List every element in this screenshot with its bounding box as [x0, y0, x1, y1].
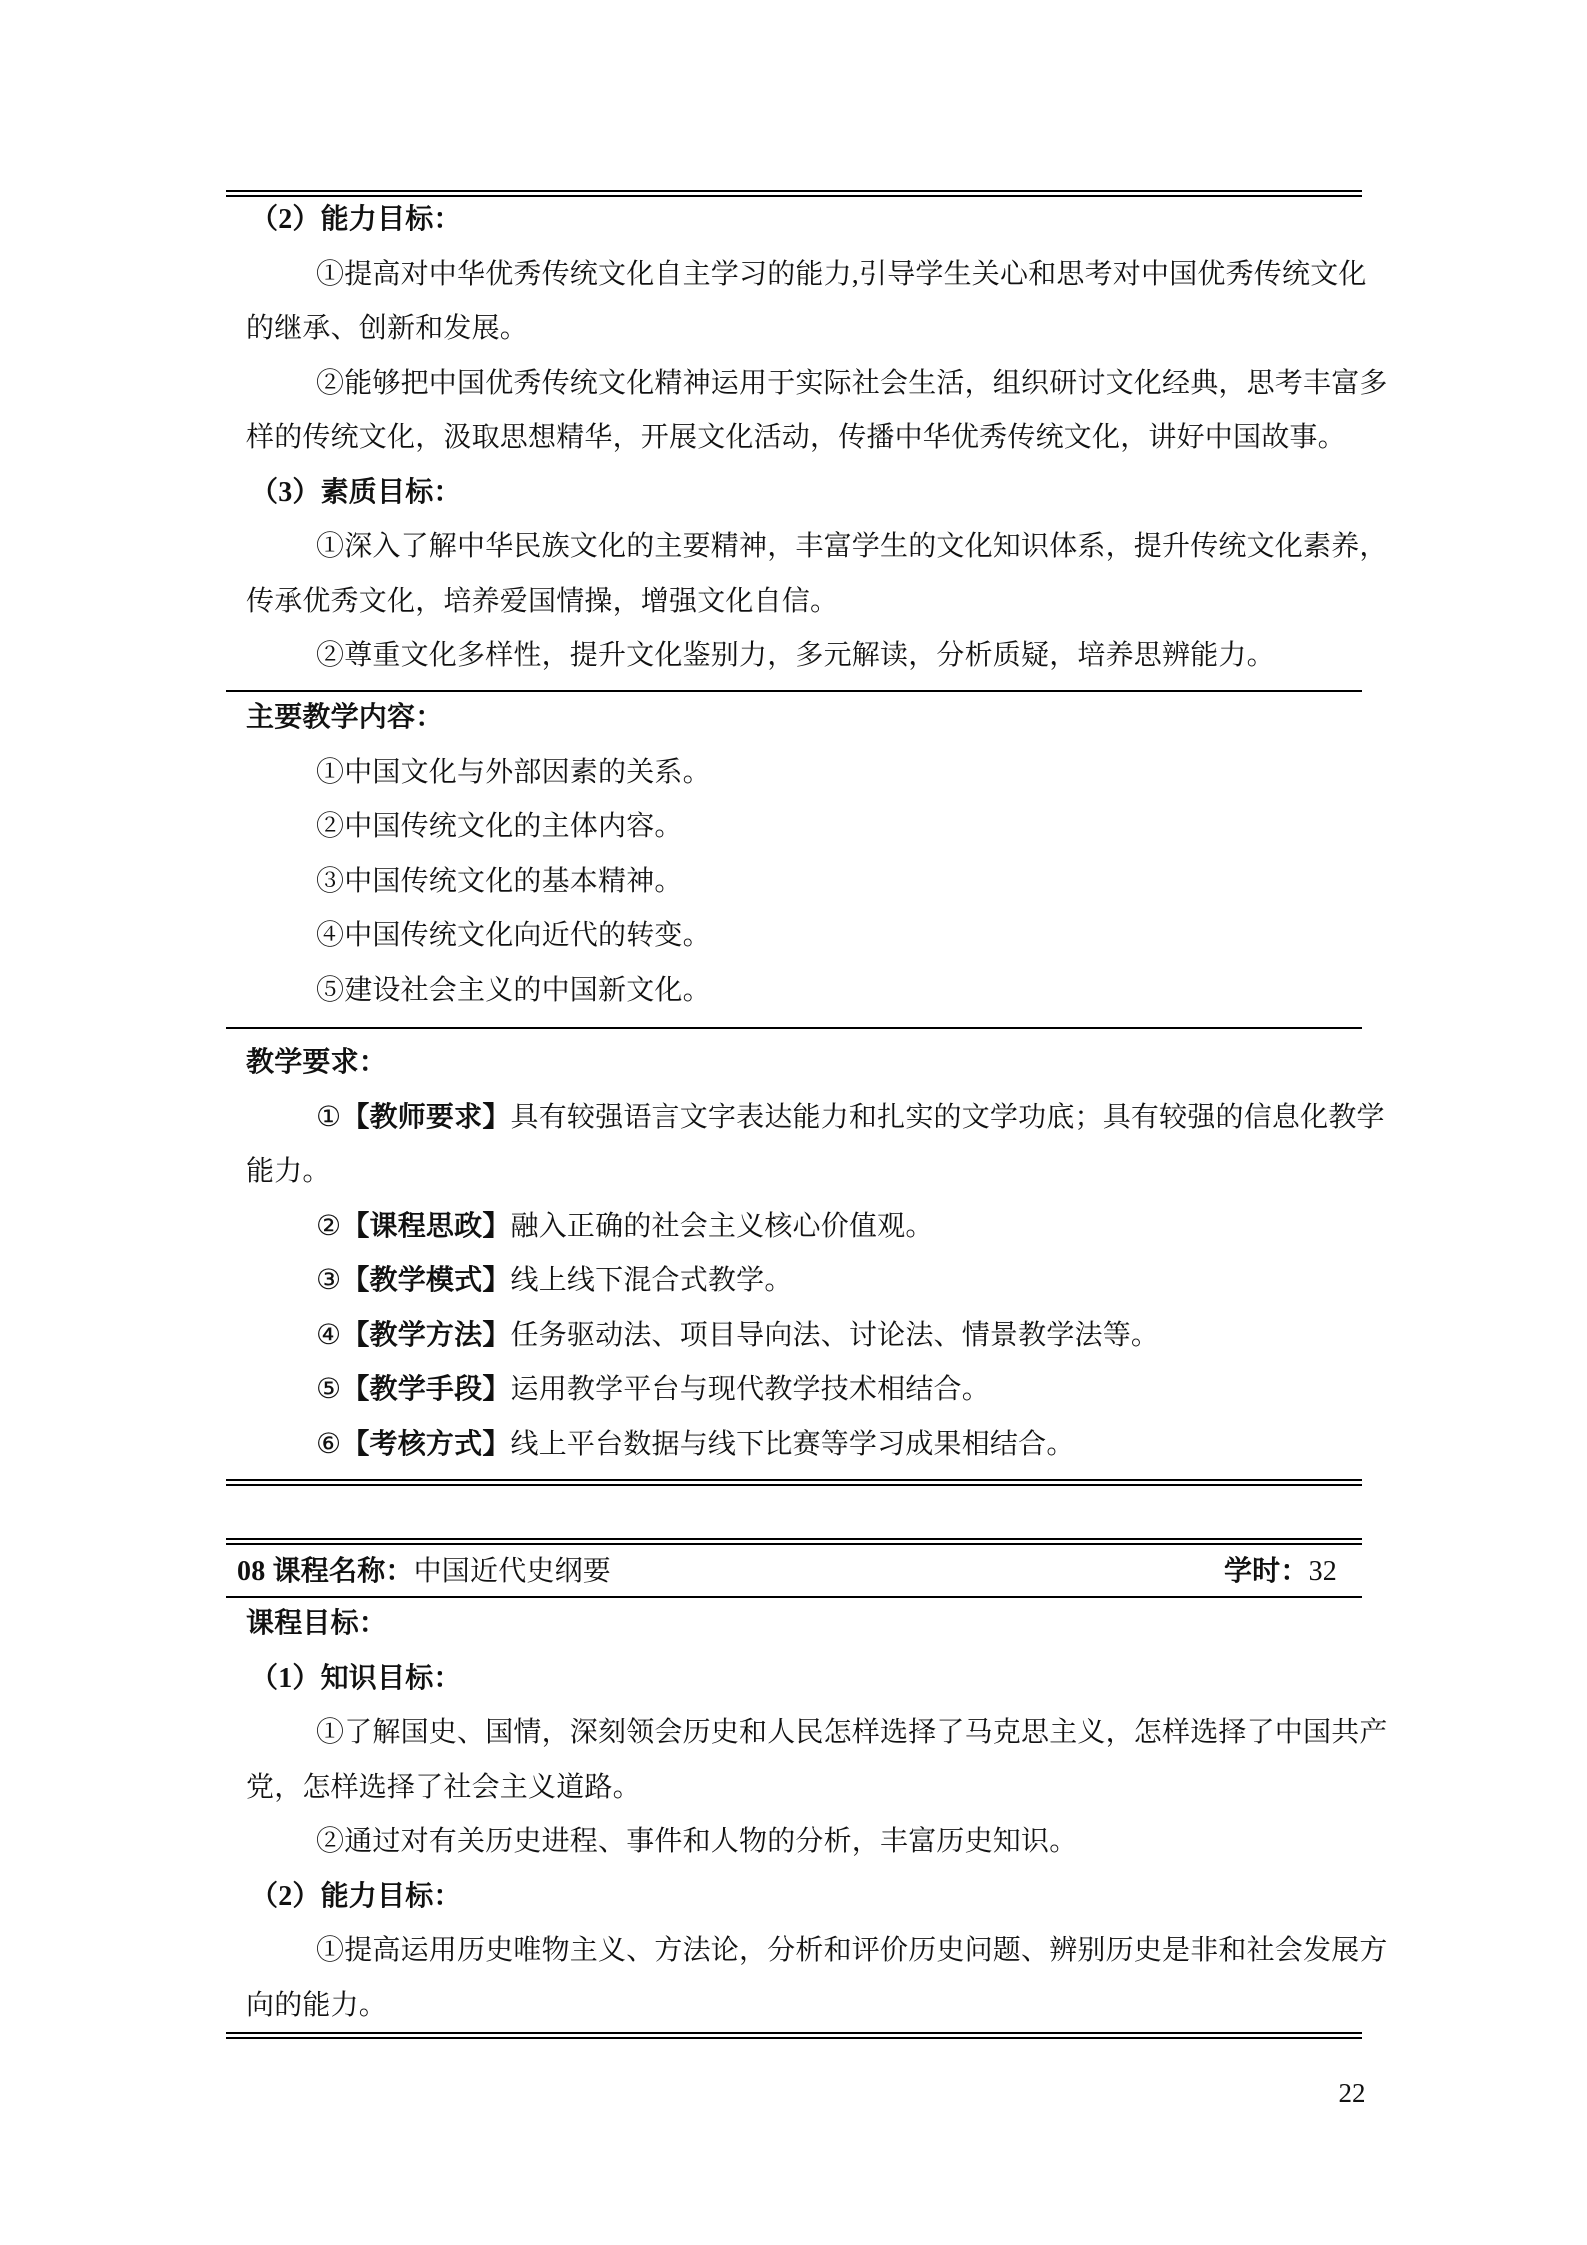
text-line: ②中国传统文化的主体内容。 — [246, 800, 1354, 855]
text-line: ⑤【教学手段】运用教学平台与现代教学技术相结合。 — [246, 1363, 1354, 1418]
text-run: ①提高对中华优秀传统文化自主学习的能力,引导学生关心和思考对中国优秀传统文化 — [316, 259, 1367, 290]
text-line: 党，怎样选择了社会主义道路。 — [246, 1761, 1354, 1816]
text-line: （2）能力目标： — [246, 193, 1354, 248]
bold-text-run: 【考核方式】 — [341, 1429, 510, 1460]
text-line: 主要教学内容： — [246, 691, 1354, 746]
course-header-row: 08 课程名称：中国近代史纲要 学时：32 — [226, 1543, 1362, 1595]
text-run: ①深入了解中华民族文化的主要精神，丰富学生的文化知识体系，提升传统文化素养， — [316, 531, 1388, 562]
text-line: ②通过对有关历史进程、事件和人物的分析，丰富历史知识。 — [246, 1815, 1354, 1870]
text-run: 党，怎样选择了社会主义道路。 — [246, 1772, 641, 1803]
text-line: ①【教师要求】具有较强语言文字表达能力和扎实的文学功底；具有较强的信息化教学 — [246, 1091, 1354, 1146]
table1-bottom-border — [226, 1479, 1362, 1486]
text-run: ⑤建设社会主义的中国新文化。 — [316, 975, 711, 1006]
text-run: ②能够把中国优秀传统文化精神运用于实际社会生活，组织研讨文化经典，思考丰富多 — [316, 368, 1388, 399]
bold-text-run: 教学要求： — [246, 1047, 387, 1078]
text-run: 具有较强语言文字表达能力和扎实的文学功底；具有较强的信息化教学 — [511, 1102, 1385, 1133]
text-run: ②尊重文化多样性，提升文化鉴别力，多元解读，分析质疑，培养思辨能力。 — [316, 640, 1275, 671]
text-run: 任务驱动法、项目导向法、讨论法、情景教学法等。 — [511, 1320, 1160, 1351]
text-run: 线上平台数据与线下比赛等学习成果相结合。 — [511, 1429, 1075, 1460]
bold-text-run: 【教学手段】 — [341, 1374, 510, 1405]
text-run: ② — [316, 1211, 341, 1242]
text-run: ②中国传统文化的主体内容。 — [316, 811, 683, 842]
table2-pagebreak-border — [226, 2032, 1362, 2039]
text-line: ①深入了解中华民族文化的主要精神，丰富学生的文化知识体系，提升传统文化素养， — [246, 520, 1354, 575]
text-line: ②能够把中国优秀传统文化精神运用于实际社会生活，组织研讨文化经典，思考丰富多 — [246, 357, 1354, 412]
section-teaching-requirements: 教学要求：①【教师要求】具有较强语言文字表达能力和扎实的文学功底；具有较强的信息… — [226, 1036, 1362, 1472]
text-line: 向的能力。 — [246, 1979, 1354, 2034]
text-run: 融入正确的社会主义核心价值观。 — [511, 1211, 934, 1242]
text-run: ⑤ — [316, 1374, 341, 1405]
text-run: 的继承、创新和发展。 — [246, 313, 528, 344]
section-course-objectives: 课程目标：（1）知识目标：①了解国史、国情，深刻领会历史和人民怎样选择了马克思主… — [226, 1597, 1362, 2033]
text-run: ① — [316, 1102, 341, 1133]
table1-row-divider-2 — [226, 1027, 1362, 1029]
text-run: ①了解国史、国情，深刻领会历史和人民怎样选择了马克思主义，怎样选择了中国共产 — [316, 1717, 1388, 1748]
course-number-label: 08 课程名称： — [237, 1556, 414, 1587]
text-line: ①提高对中华优秀传统文化自主学习的能力,引导学生关心和思考对中国优秀传统文化 — [246, 248, 1354, 303]
text-line: 教学要求： — [246, 1036, 1354, 1091]
text-line: ①提高运用历史唯物主义、方法论，分析和评价历史问题、辨别历史是非和社会发展方 — [246, 1924, 1354, 1979]
hours-label: 学时： — [1224, 1556, 1309, 1587]
bold-text-run: （2）能力目标： — [250, 1881, 462, 1912]
text-run: ①中国文化与外部因素的关系。 — [316, 757, 711, 788]
bold-text-run: 【教学模式】 — [341, 1265, 510, 1296]
bold-text-run: 【教学方法】 — [341, 1320, 510, 1351]
document-page: （2）能力目标：①提高对中华优秀传统文化自主学习的能力,引导学生关心和思考对中国… — [0, 0, 1587, 2245]
page-number: 22 — [1322, 2078, 1382, 2109]
hours-value: 32 — [1309, 1556, 1337, 1587]
text-line: ⑥【考核方式】线上平台数据与线下比赛等学习成果相结合。 — [246, 1418, 1354, 1473]
text-run: ③ — [316, 1265, 341, 1296]
text-run: 线上线下混合式教学。 — [511, 1265, 793, 1296]
text-line: （3）素质目标： — [246, 466, 1354, 521]
text-line: ⑤建设社会主义的中国新文化。 — [246, 964, 1354, 1019]
text-run: ②通过对有关历史进程、事件和人物的分析，丰富历史知识。 — [316, 1826, 1077, 1857]
course-name: 中国近代史纲要 — [414, 1556, 611, 1587]
text-run: ①提高运用历史唯物主义、方法论，分析和评价历史问题、辨别历史是非和社会发展方 — [316, 1935, 1388, 1966]
text-line: ①中国文化与外部因素的关系。 — [246, 746, 1354, 801]
text-run: ④ — [316, 1320, 341, 1351]
text-line: 课程目标： — [246, 1597, 1354, 1652]
text-line: 的继承、创新和发展。 — [246, 302, 1354, 357]
text-run: ③中国传统文化的基本精神。 — [316, 866, 683, 897]
bold-text-run: 主要教学内容： — [246, 702, 443, 733]
text-line: ②【课程思政】融入正确的社会主义核心价值观。 — [246, 1200, 1354, 1255]
course-hours: 学时：32 — [1224, 1549, 1337, 1589]
text-line: （1）知识目标： — [246, 1652, 1354, 1707]
text-run: 能力。 — [246, 1156, 331, 1187]
section-main-teaching-content: 主要教学内容：①中国文化与外部因素的关系。②中国传统文化的主体内容。③中国传统文… — [226, 691, 1362, 1018]
text-line: 样的传统文化，汲取思想精华，开展文化活动，传播中华优秀传统文化，讲好中国故事。 — [246, 411, 1354, 466]
bold-text-run: 【课程思政】 — [341, 1211, 510, 1242]
text-line: ①了解国史、国情，深刻领会历史和人民怎样选择了马克思主义，怎样选择了中国共产 — [246, 1706, 1354, 1761]
bold-text-run: （3）素质目标： — [250, 477, 462, 508]
text-run: ④中国传统文化向近代的转变。 — [316, 920, 711, 951]
text-line: ②尊重文化多样性，提升文化鉴别力，多元解读，分析质疑，培养思辨能力。 — [246, 629, 1354, 684]
text-run: 传承优秀文化，培养爱国情操，增强文化自信。 — [246, 586, 838, 617]
text-run: 运用教学平台与现代教学技术相结合。 — [511, 1374, 990, 1405]
course-title: 08 课程名称：中国近代史纲要 — [237, 1549, 611, 1589]
bold-text-run: 课程目标： — [246, 1608, 387, 1639]
bold-text-run: （1）知识目标： — [250, 1663, 462, 1694]
text-line: ④中国传统文化向近代的转变。 — [246, 909, 1354, 964]
section-objectives-continued: （2）能力目标：①提高对中华优秀传统文化自主学习的能力,引导学生关心和思考对中国… — [226, 193, 1362, 684]
text-line: ③中国传统文化的基本精神。 — [246, 855, 1354, 910]
text-run: 样的传统文化，汲取思想精华，开展文化活动，传播中华优秀传统文化，讲好中国故事。 — [246, 422, 1346, 453]
bold-text-run: （2）能力目标： — [250, 204, 462, 235]
text-line: （2）能力目标： — [246, 1870, 1354, 1925]
text-run: 向的能力。 — [246, 1990, 387, 2021]
text-line: 传承优秀文化，培养爱国情操，增强文化自信。 — [246, 575, 1354, 630]
text-line: ④【教学方法】任务驱动法、项目导向法、讨论法、情景教学法等。 — [246, 1309, 1354, 1364]
bold-text-run: 【教师要求】 — [341, 1102, 510, 1133]
text-line: 能力。 — [246, 1145, 1354, 1200]
text-line: ③【教学模式】线上线下混合式教学。 — [246, 1254, 1354, 1309]
text-run: ⑥ — [316, 1429, 341, 1460]
